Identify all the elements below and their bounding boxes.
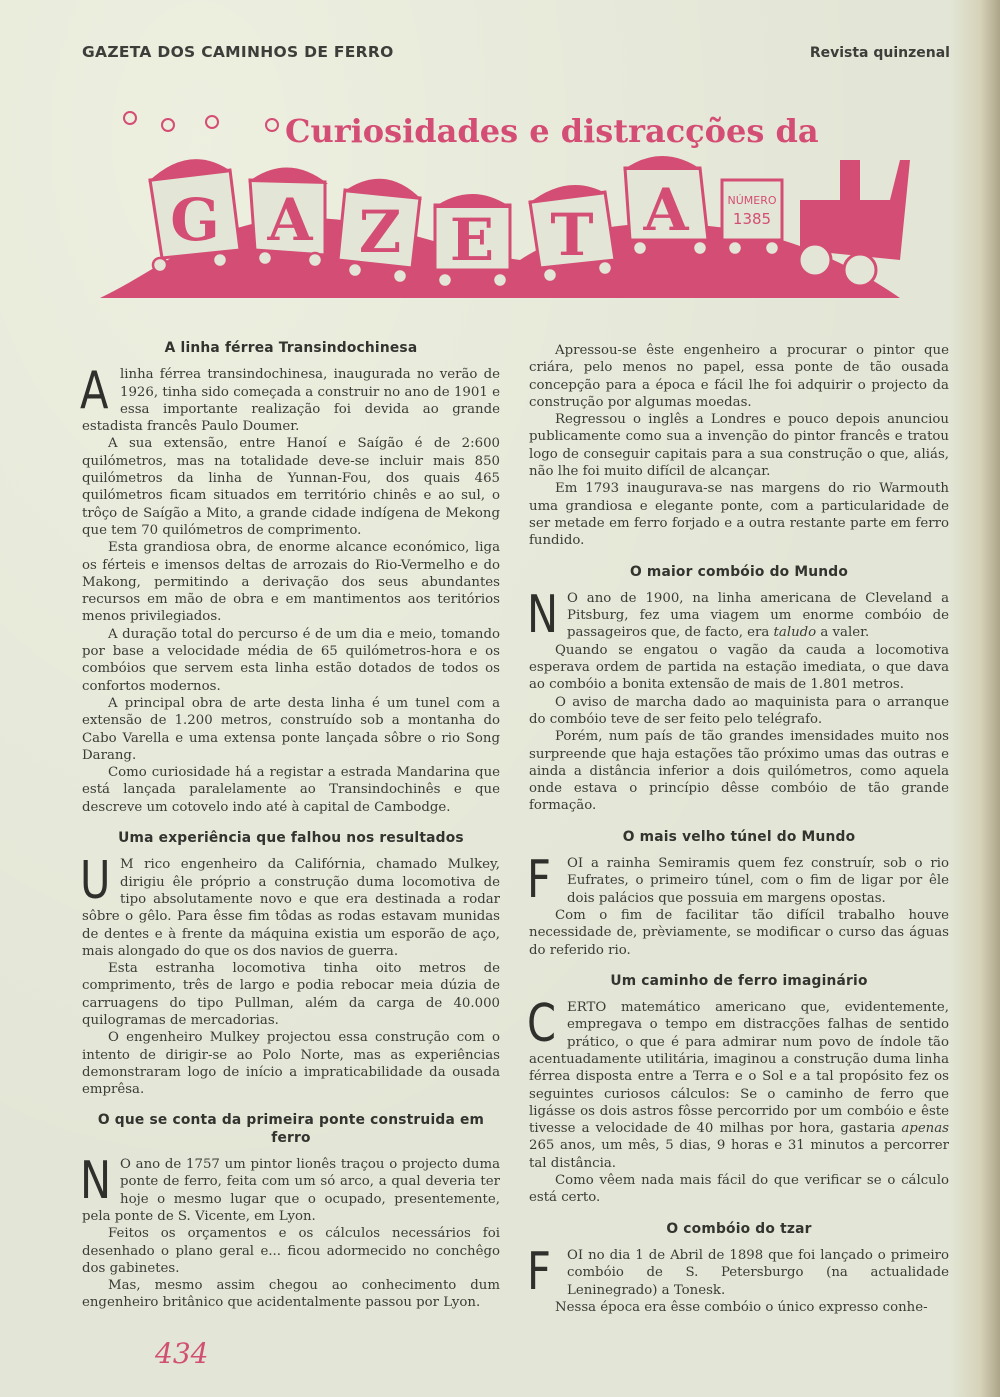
- drop-cap: N: [527, 593, 553, 637]
- emphasis: apenas: [901, 1121, 949, 1136]
- right-column: Apressou-se êste engenheiro a procurar o…: [529, 342, 949, 1330]
- article: Apressou-se êste engenheiro a procurar o…: [529, 342, 949, 550]
- paragraph: Quando se engatou o vagão da cauda a loc…: [529, 642, 949, 694]
- lead-paragraph: FOI no dia 1 de Abril de 1898 que foi la…: [529, 1247, 949, 1299]
- article: A linha férrea TransindochinesaAlinha fé…: [82, 340, 500, 816]
- article: O maior combóio do MundoNO ano de 1900, …: [529, 564, 949, 815]
- drop-cap: F: [527, 1250, 553, 1294]
- train-illustration-icon: Curiosidades e distracções da GA ZE: [100, 100, 910, 305]
- svg-text:G: G: [170, 186, 220, 254]
- svg-text:Z: Z: [359, 198, 401, 266]
- paragraph: Nessa época era êsse combóio o único exp…: [529, 1299, 949, 1316]
- article: O mais velho túnel do MundoFOI a rainha …: [529, 829, 949, 959]
- lead-text: a valer.: [816, 625, 869, 640]
- svg-text:E: E: [450, 206, 494, 274]
- article-title: O maior combóio do Mundo: [529, 564, 949, 581]
- article: Uma experiência que falhou nos resultado…: [82, 830, 500, 1098]
- section-banner-illustration: Curiosidades e distracções da GA ZE: [100, 100, 910, 305]
- lead-text: M rico engenheiro da Califórnia, chamado…: [82, 857, 500, 958]
- paragraph: Em 1793 inaugurava-se nas margens do rio…: [529, 480, 949, 549]
- left-column: A linha férrea TransindochinesaAlinha fé…: [82, 340, 500, 1326]
- lead-text: O ano de 1757 um pintor lionês traçou o …: [82, 1157, 500, 1224]
- paragraph: Regressou o inglês a Londres e pouco dep…: [529, 411, 949, 480]
- svg-text:A: A: [642, 176, 689, 244]
- lead-paragraph: NO ano de 1900, na linha americana de Cl…: [529, 590, 949, 642]
- drop-cap: N: [80, 1159, 106, 1203]
- svg-text:1385: 1385: [733, 210, 771, 228]
- article-title: A linha férrea Transindochinesa: [82, 340, 500, 357]
- lead-text: linha férrea transindochinesa, inaugurad…: [82, 367, 500, 434]
- running-head: GAZETA DOS CAMINHOS DE FERRO Revista qui…: [82, 43, 950, 61]
- drop-cap: F: [527, 858, 553, 902]
- lead-text: OI no dia 1 de Abril de 1898 que foi lan…: [567, 1248, 949, 1298]
- paragraph: Como vêem nada mais fácil do que verific…: [529, 1172, 949, 1207]
- paragraph: Como curiosidade há a registar a estrada…: [82, 764, 500, 816]
- svg-text:NÚMERO: NÚMERO: [727, 194, 776, 207]
- lead-paragraph: Alinha férrea transindochinesa, inaugura…: [82, 366, 500, 435]
- article: O combóio do tzarFOI no dia 1 de Abril d…: [529, 1221, 949, 1316]
- article-title: O combóio do tzar: [529, 1221, 949, 1238]
- page-number: 434: [155, 1337, 208, 1370]
- paragraph: A duração total do percurso é de um dia …: [82, 626, 500, 695]
- paragraph: O engenheiro Mulkey projectou essa const…: [82, 1029, 500, 1098]
- lead-text: 265 anos, um mês, 5 dias, 9 horas e 31 m…: [529, 1138, 949, 1170]
- paragraph: Esta grandiosa obra, de enorme alcance e…: [82, 539, 500, 625]
- article-title: Uma experiência que falhou nos resultado…: [82, 830, 500, 847]
- paragraph: Esta estranha locomotiva tinha oito metr…: [82, 960, 500, 1029]
- svg-text:A: A: [266, 186, 313, 254]
- publication-title: GAZETA DOS CAMINHOS DE FERRO: [82, 43, 394, 61]
- lead-paragraph: NO ano de 1757 um pintor lionês traçou o…: [82, 1156, 500, 1225]
- paragraph: Apressou-se êste engenheiro a procurar o…: [529, 342, 949, 411]
- article-title: O mais velho túnel do Mundo: [529, 829, 949, 846]
- lead-paragraph: FOI a rainha Semiramis quem fez construí…: [529, 855, 949, 907]
- lead-text: OI a rainha Semiramis quem fez construír…: [567, 856, 949, 906]
- article-title: Um caminho de ferro imaginário: [529, 973, 949, 990]
- paragraph: A sua extensão, entre Hanoí e Saígão é d…: [82, 435, 500, 539]
- svg-text:T: T: [550, 201, 593, 269]
- paragraph: Porém, num país de tão grandes imensidad…: [529, 728, 949, 814]
- paragraph: O aviso de marcha dado ao maquinista par…: [529, 694, 949, 729]
- publication-frequency: Revista quinzenal: [810, 45, 950, 61]
- lead-paragraph: CERTO matemático americano que, evidente…: [529, 999, 949, 1172]
- lead-text: O ano de 1900, na linha americana de Cle…: [567, 591, 949, 641]
- emphasis: taludo: [774, 625, 817, 640]
- banner-script-title: Curiosidades e distracções da: [285, 112, 819, 150]
- lead-text: ERTO matemático americano que, evidentem…: [529, 1000, 949, 1136]
- paragraph: A principal obra de arte desta linha é u…: [82, 695, 500, 764]
- article: O que se conta da primeira ponte constru…: [82, 1112, 500, 1311]
- lead-paragraph: UM rico engenheiro da Califórnia, chamad…: [82, 856, 500, 960]
- drop-cap: U: [80, 859, 106, 903]
- article-title: O que se conta da primeira ponte constru…: [82, 1112, 500, 1147]
- paragraph: Mas, mesmo assim chegou ao conhecimento …: [82, 1277, 500, 1312]
- drop-cap: C: [527, 1002, 553, 1046]
- article: Um caminho de ferro imaginárioCERTO mate…: [529, 973, 949, 1207]
- drop-cap: A: [80, 369, 106, 413]
- paragraph: Com o fim de facilitar tão difícil traba…: [529, 907, 949, 959]
- paragraph: Feitos os orçamentos e os cálculos neces…: [82, 1225, 500, 1277]
